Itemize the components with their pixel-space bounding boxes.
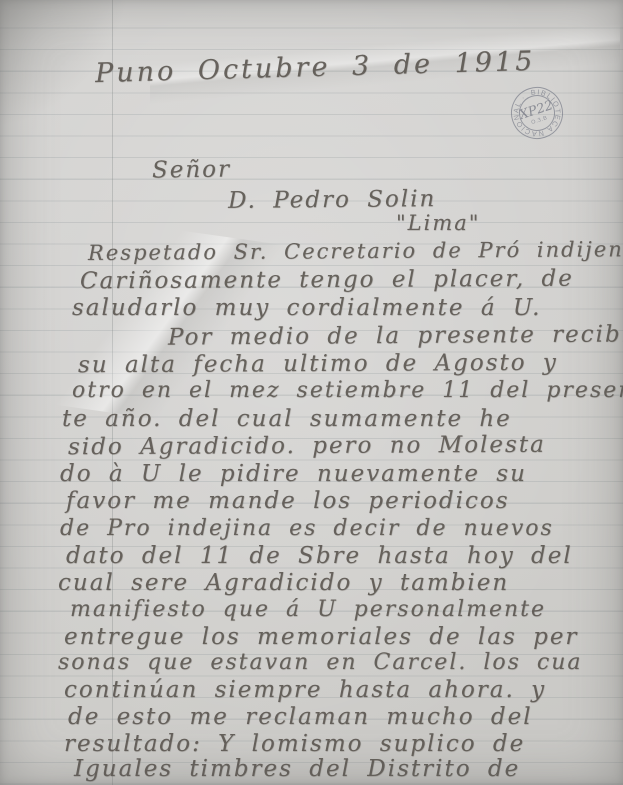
body-line: te año. del cual sumamente he [62, 406, 512, 432]
body-line: su alta fecha ultimo de Agosto y [78, 350, 558, 379]
body-line: manifiesto que á U personalmente [70, 597, 546, 622]
body-line: sonas que estavan en Carcel. los cua [58, 650, 583, 675]
recipient-city-line: "Lima" [396, 211, 480, 235]
body-line: Cariñosamente tengo el placer, de [80, 266, 574, 295]
salutation-line: Señor [152, 156, 231, 183]
body-line: Iguales timbres del Distrito de [74, 756, 520, 782]
body-line: otro en el mez setiembre 11 del presen [72, 378, 623, 403]
body-line: cual sere Agradicido y tambien [58, 570, 509, 596]
body-line: continúan siempre hasta ahora. y [64, 677, 546, 703]
body-line: favor me mande los periodicos [66, 488, 510, 514]
body-line: Respetado Sr. Cecretario de Pró indijena… [88, 237, 623, 265]
body-line: saludarlo muy cordialmente á U. [72, 295, 541, 321]
letter-scan: Puno Octubre 3 de 1915 Señor D. Pedro So… [0, 0, 623, 785]
body-line: Por medio de la presente recibi [168, 321, 623, 350]
body-line: de Pro indejina es decir de nuevos [60, 516, 554, 541]
body-line: dato del 11 de Sbre hasta hoy del [66, 543, 573, 569]
body-line: do à U le pidire nuevamente su [60, 461, 527, 487]
recipient-name-line: D. Pedro Solin [228, 186, 437, 214]
body-line: resultado: Y lomismo suplico de [64, 731, 525, 757]
body-line: sido Agradicido. pero no Molesta [68, 432, 546, 461]
body-line: entregue los memoriales de las per [64, 624, 578, 650]
body-line: de esto me reclaman mucho del [68, 704, 533, 730]
